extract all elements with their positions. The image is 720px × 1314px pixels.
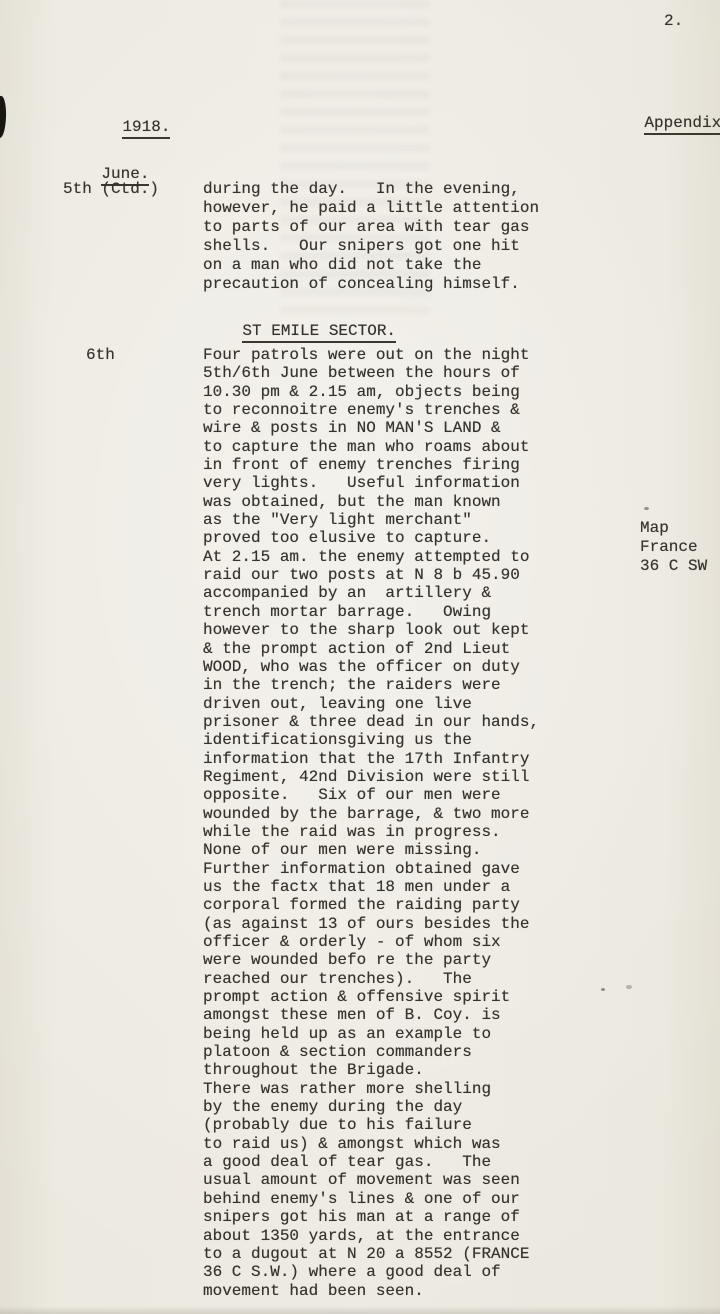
ink-speck xyxy=(626,985,632,989)
bottom-edge-shading xyxy=(0,1306,720,1314)
ink-speck xyxy=(644,507,649,510)
map-reference-note: Map France 36 C SW xyxy=(640,519,707,576)
entry-body-5th: during the day. In the evening, however,… xyxy=(203,180,539,294)
diary-page: 2. 1918. Appendix. June. 5th (Ctd.) duri… xyxy=(0,0,720,1314)
section-heading: ST EMILE SECTOR. xyxy=(242,322,396,343)
entry-date-6th: 6th xyxy=(86,346,115,364)
year-heading: 1918. xyxy=(122,118,170,139)
entry-date-5th: 5th (Ctd.) xyxy=(63,180,159,198)
left-edge-mark xyxy=(0,96,7,138)
appendix-heading: Appendix. xyxy=(644,114,720,135)
page-number: 2. xyxy=(664,12,683,30)
appendix-heading-wrap: Appendix. xyxy=(606,96,720,153)
entry-body-6th: Four patrols were out on the night 5th/6… xyxy=(203,346,539,1300)
ink-speck xyxy=(601,988,605,991)
